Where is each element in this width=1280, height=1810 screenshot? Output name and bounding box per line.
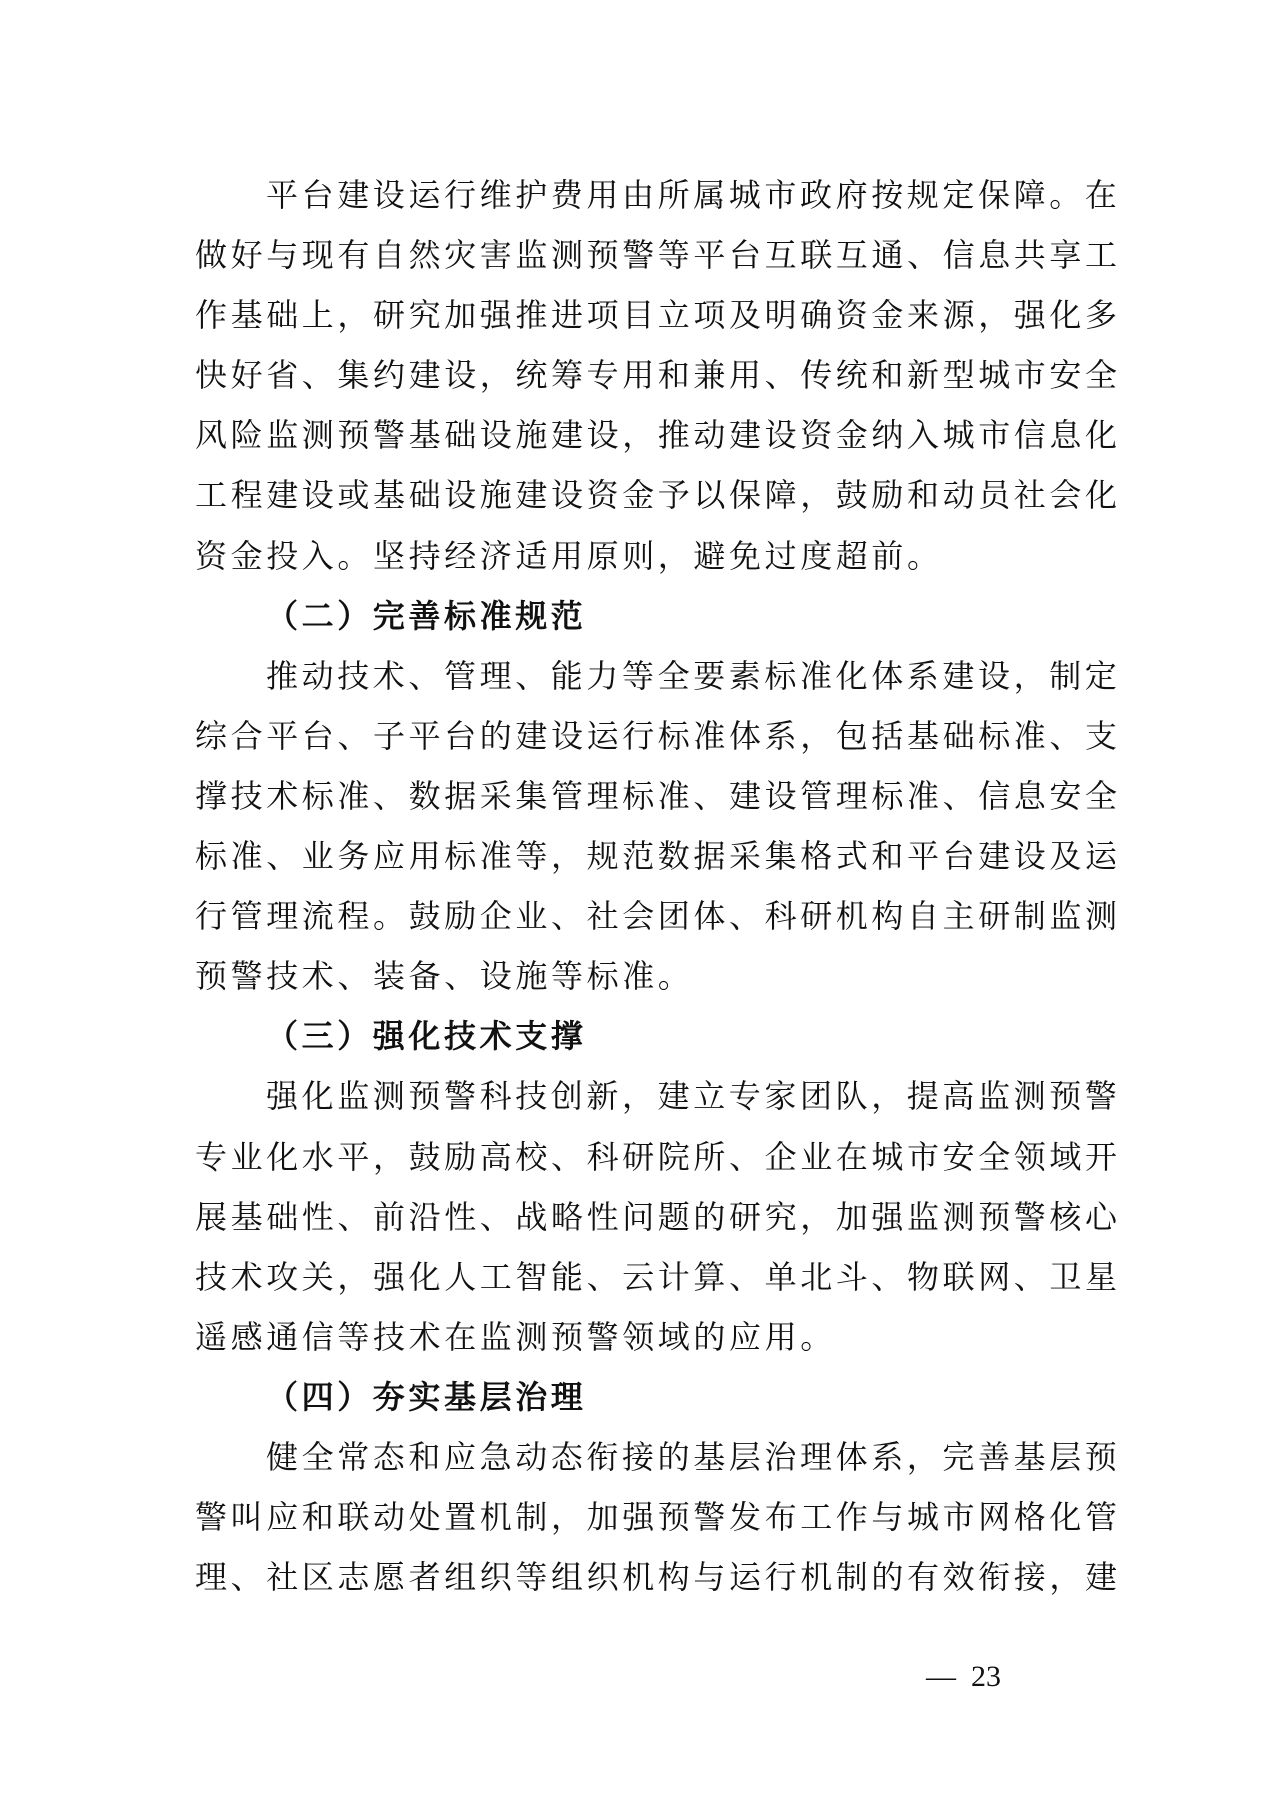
paragraph-line: 撑技术标准、数据采集管理标准、建设管理标准、信息安全 [195,766,1089,826]
paragraph-line: 作基础上，研究加强推进项目立项及明确资金来源，强化多 [195,285,1089,345]
paragraph-line: 警叫应和联动处置机制，加强预警发布工作与城市网格化管 [195,1487,1089,1547]
section-heading-grassroots: （四）夯实基层治理 [195,1367,1089,1427]
document-page: 平台建设运行维护费用由所属城市政府按规定保障。在 做好与现有自然灾害监测预警等平… [195,165,1089,1607]
paragraph-line: 预警技术、装备、设施等标准。 [195,946,1089,1006]
paragraph-line: 强化监测预警科技创新，建立专家团队，提高监测预警 [195,1066,1089,1126]
paragraph-funding: 平台建设运行维护费用由所属城市政府按规定保障。在 做好与现有自然灾害监测预警等平… [195,165,1089,586]
paragraph-line: 推动技术、管理、能力等全要素标准化体系建设，制定 [195,646,1089,706]
paragraph-line: 遥感通信等技术在监测预警领域的应用。 [195,1307,1089,1367]
paragraph-standards: 推动技术、管理、能力等全要素标准化体系建设，制定 综合平台、子平台的建设运行标准… [195,646,1089,1007]
paragraph-line: 平台建设运行维护费用由所属城市政府按规定保障。在 [195,165,1089,225]
paragraph-line: 健全常态和应急动态衔接的基层治理体系，完善基层预 [195,1427,1089,1487]
paragraph-line: 理、社区志愿者组织等组织机构与运行机制的有效衔接，建 [195,1547,1089,1607]
paragraph-line: 资金投入。坚持经济适用原则，避免过度超前。 [195,526,1089,586]
paragraph-line: 工程建设或基础设施建设资金予以保障，鼓励和动员社会化 [195,465,1089,525]
page-number: — 23 [926,1660,1001,1694]
paragraph-line: 做好与现有自然灾害监测预警等平台互联互通、信息共享工 [195,225,1089,285]
paragraph-line: 行管理流程。鼓励企业、社会团体、科研机构自主研制监测 [195,886,1089,946]
paragraph-line: 综合平台、子平台的建设运行标准体系，包括基础标准、支 [195,706,1089,766]
paragraph-line: 标准、业务应用标准等，规范数据采集格式和平台建设及运 [195,826,1089,886]
paragraph-line: 风险监测预警基础设施建设，推动建设资金纳入城市信息化 [195,405,1089,465]
paragraph-line: 快好省、集约建设，统筹专用和兼用、传统和新型城市安全 [195,345,1089,405]
section-heading-technology: （三）强化技术支撑 [195,1006,1089,1066]
paragraph-grassroots: 健全常态和应急动态衔接的基层治理体系，完善基层预 警叫应和联动处置机制，加强预警… [195,1427,1089,1607]
paragraph-technology: 强化监测预警科技创新，建立专家团队，提高监测预警 专业化水平，鼓励高校、科研院所… [195,1066,1089,1366]
section-heading-standards: （二）完善标准规范 [195,586,1089,646]
paragraph-line: 专业化水平，鼓励高校、科研院所、企业在城市安全领域开 [195,1127,1089,1187]
paragraph-line: 展基础性、前沿性、战略性问题的研究，加强监测预警核心 [195,1187,1089,1247]
paragraph-line: 技术攻关，强化人工智能、云计算、单北斗、物联网、卫星 [195,1247,1089,1307]
